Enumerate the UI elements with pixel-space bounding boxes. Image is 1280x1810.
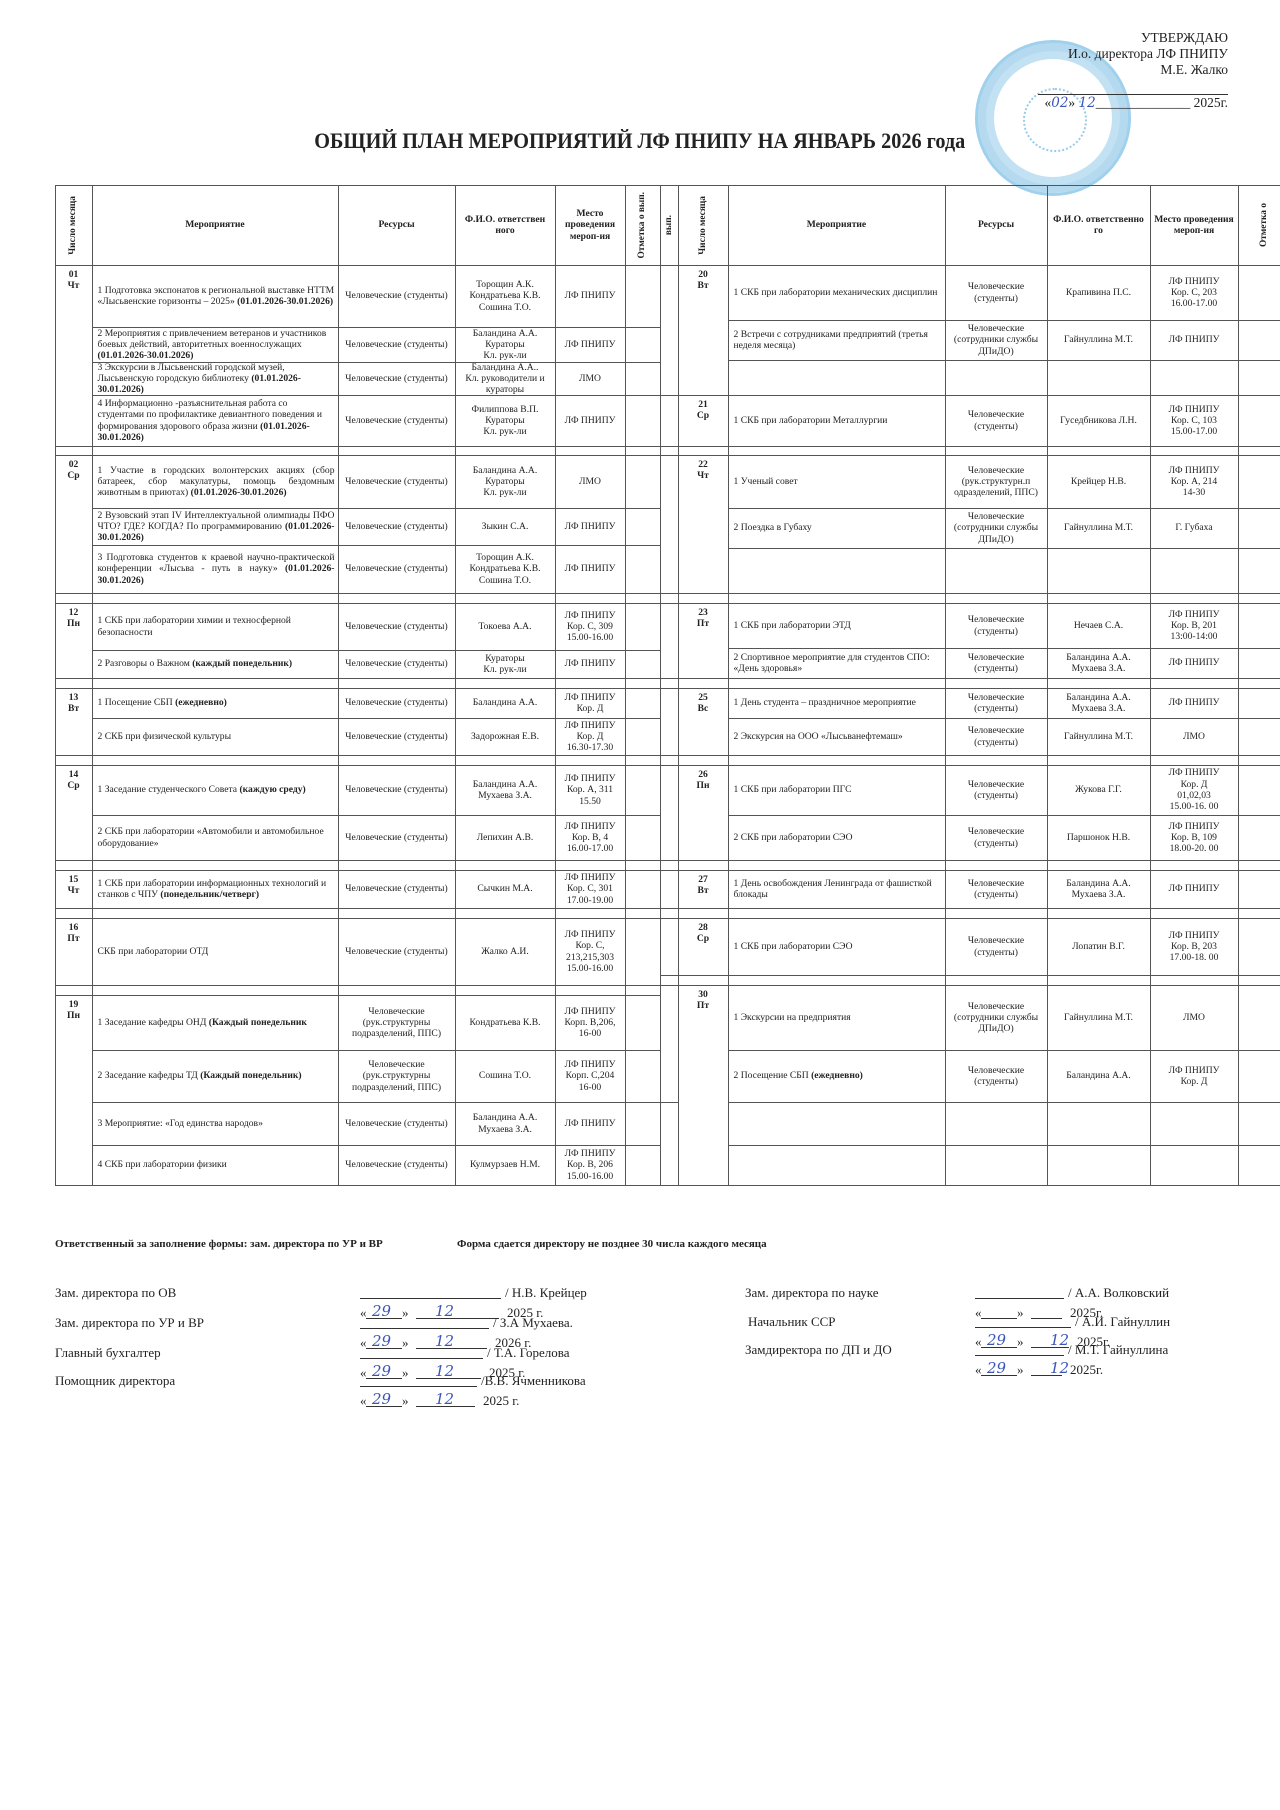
mark-cell bbox=[625, 508, 661, 546]
spacer-cell bbox=[1150, 860, 1239, 871]
spacer-cell bbox=[1150, 678, 1239, 689]
resources-cell: Человеческие (студенты) bbox=[338, 327, 456, 363]
date-cell: 14 Ср bbox=[55, 765, 93, 861]
spacer-cell bbox=[678, 678, 729, 689]
responsible-cell: Токоева А.А. bbox=[455, 603, 556, 651]
empty-cell bbox=[1238, 1102, 1280, 1146]
spacer-cell bbox=[92, 755, 339, 766]
approval-heading: УТВЕРЖДАЮ bbox=[1038, 30, 1228, 46]
place-cell: ЛФ ПНИПУ Кор. В, 206 15.00-16.00 bbox=[555, 1145, 626, 1186]
responsible-text: Баландина А.А. Мухаева З.А. bbox=[1066, 692, 1131, 715]
responsible-cell: Крапивина П.С. bbox=[1047, 265, 1151, 321]
place-text: ЛФ ПНИПУ Кор. Д bbox=[565, 692, 616, 715]
empty-cell bbox=[1238, 548, 1280, 594]
responsible-cell: Гайнуллина М.Т. bbox=[1047, 508, 1151, 549]
spacer-cell bbox=[1238, 975, 1280, 986]
date-label: 14 Ср bbox=[67, 769, 79, 792]
signature-line bbox=[975, 1327, 1071, 1328]
responsible-text: Баландина А.А. Кураторы Кл. рук-ли bbox=[473, 465, 538, 499]
place-text: ЛФ ПНИПУ bbox=[565, 339, 616, 350]
header-resources: Ресурсы bbox=[945, 185, 1048, 266]
event-text: 1 Заседание студенческого Совета bbox=[98, 784, 240, 795]
event-period: (каждую среду) bbox=[239, 784, 305, 795]
spacer-cell bbox=[55, 908, 93, 919]
empty-cell bbox=[945, 1145, 1048, 1186]
responsible-cell: Баландина А.А. bbox=[455, 688, 556, 719]
responsible-text: Баландина А.А. Мухаева З.А. bbox=[1066, 878, 1131, 901]
empty-cell bbox=[1047, 360, 1151, 396]
date-label: 13 Вт bbox=[68, 692, 79, 715]
empty-cell bbox=[1150, 1102, 1239, 1146]
responsible-cell: Баландина А.А.. Кл. руководители и курат… bbox=[455, 362, 556, 396]
approval-year: 2025 bbox=[1194, 95, 1221, 110]
empty-cell bbox=[728, 548, 946, 594]
event-title: 3 Подготовка студентов к краевой научно-… bbox=[98, 552, 335, 586]
empty-cell bbox=[1238, 1145, 1280, 1186]
resources-text: Человеческие (студенты) bbox=[949, 652, 1044, 675]
responsible-text: Торощин А.К. Кондратьева К.В. Сошина Т.О… bbox=[469, 279, 540, 313]
place-cell: ЛФ ПНИПУ Кор. Д 01,02,03 15.00-16. 00 bbox=[1150, 765, 1239, 816]
mark-cell bbox=[625, 327, 661, 363]
event-text: 1 Ученый совет bbox=[734, 476, 798, 487]
event-title: 1 СКБ при лаборатории ПГС bbox=[734, 784, 852, 795]
event-title: 1 СКБ при лаборатории информационных тех… bbox=[98, 878, 335, 901]
event-title: 1 День освобождения Ленинграда от фашист… bbox=[734, 878, 942, 901]
approval-position: И.о. директора ЛФ ПНИПУ bbox=[1038, 46, 1228, 62]
spacer-cell bbox=[55, 860, 93, 871]
responsible-text: Крейцер Н.В. bbox=[1071, 476, 1126, 487]
date-cell: 25 Вс bbox=[678, 688, 729, 756]
place-text: ЛФ ПНИПУ bbox=[565, 415, 616, 426]
date-label: 20 Вт bbox=[697, 269, 708, 292]
spacer-cell bbox=[660, 755, 679, 766]
event-title: 1 День студента – праздничное мероприяти… bbox=[734, 697, 916, 708]
signature-name: / М.Т. Гайнуллина bbox=[1068, 1342, 1168, 1358]
event-text: 2 Мероприятия с привлечением ветеранов и… bbox=[98, 328, 327, 350]
mark-cell bbox=[625, 362, 661, 396]
mark-cell bbox=[1238, 688, 1280, 719]
event-period: (01.01.2026-30.01.2026) bbox=[237, 296, 333, 307]
signature-role: Начальник ССР bbox=[748, 1314, 836, 1330]
event-title: 4 СКБ при лаборатории физики bbox=[98, 1159, 227, 1170]
date-cell: 26 Пн bbox=[678, 765, 729, 861]
resources-cell: Человеческие (студенты) bbox=[945, 765, 1048, 816]
place-cell: ЛМО bbox=[555, 455, 626, 509]
page-title-text: ОБЩИЙ ПЛАН МЕРОПРИЯТИЙ ЛФ ПНИПУ НА ЯНВАР… bbox=[315, 128, 966, 154]
signature-line bbox=[975, 1355, 1064, 1356]
resources-cell: Человеческие (студенты) bbox=[945, 918, 1048, 976]
resources-text: Человеческие (студенты) bbox=[949, 614, 1044, 637]
signature-month: 12 bbox=[1050, 1359, 1069, 1377]
event-title: 2 Спортивное мероприятие для студентов С… bbox=[734, 652, 942, 675]
resources-cell: Человеческие (студенты) bbox=[945, 718, 1048, 756]
event-cell: 1 СКБ при лаборатории ПГС bbox=[728, 765, 946, 816]
footer-note: Ответственный за заполнение формы: зам. … bbox=[55, 1238, 383, 1250]
event-title: 1 Подготовка экспонатов к региональной в… bbox=[98, 285, 335, 308]
responsible-cell: Паршонок Н.В. bbox=[1047, 815, 1151, 861]
spacer-cell bbox=[338, 678, 456, 689]
event-cell: 1 Экскурсии на предприятия bbox=[728, 985, 946, 1051]
resources-cell: Человеческие (студенты) bbox=[338, 718, 456, 756]
place-cell: ЛФ ПНИПУ bbox=[1150, 870, 1239, 909]
spacer-cell bbox=[555, 985, 626, 996]
resources-cell: Человеческие (рук.структурны подразделен… bbox=[338, 1050, 456, 1103]
mark-cell bbox=[1238, 265, 1280, 321]
signature-line bbox=[360, 1386, 477, 1387]
responsible-text: Лепихин А.В. bbox=[477, 832, 534, 843]
place-cell: ЛФ ПНИПУ Корп. С,204 16-00 bbox=[555, 1050, 626, 1103]
header-mark-tail-text: вып. bbox=[664, 215, 675, 235]
spacer-cell bbox=[1047, 446, 1151, 456]
event-cell: 1 Подготовка экспонатов к региональной в… bbox=[92, 265, 339, 328]
place-cell: ЛФ ПНИПУ Кор. А, 214 14-30 bbox=[1150, 455, 1239, 509]
resources-text: Человеческие (студенты) bbox=[345, 946, 447, 957]
responsible-text: Гайнуллина М.Т. bbox=[1064, 731, 1133, 742]
header-event-text: Мероприятие bbox=[807, 219, 866, 230]
spacer-cell bbox=[945, 593, 1048, 604]
responsible-text: Баландина А.А. bbox=[473, 697, 538, 708]
event-text: 1 СКБ при лаборатории химии и техносферн… bbox=[98, 615, 291, 637]
signature-month: 12 bbox=[435, 1332, 454, 1350]
date-label: 01 Чт bbox=[68, 269, 80, 292]
event-cell: 3 Мероприятие: «Год единства народов» bbox=[92, 1102, 339, 1146]
date-cell: 27 Вт bbox=[678, 870, 729, 909]
event-cell: 2 Посещение СБП (ежедневно) bbox=[728, 1050, 946, 1103]
responsible-cell: Торощин А.К. Кондратьева К.В. Сошина Т.О… bbox=[455, 545, 556, 594]
spacer-cell bbox=[728, 975, 946, 986]
event-title: 1 Заседание студенческого Совета (каждую… bbox=[98, 784, 306, 795]
event-cell: 2 СКБ при физической культуры bbox=[92, 718, 339, 756]
event-text: 2 Заседание кафедры ТД bbox=[98, 1070, 201, 1081]
approval-day: 02 bbox=[1051, 95, 1068, 111]
spacer-cell bbox=[660, 975, 679, 986]
responsible-text: Задорожная Е.В. bbox=[471, 731, 539, 742]
responsible-cell: Баландина А.А. Мухаева З.А. bbox=[1047, 688, 1151, 719]
empty-cell bbox=[1238, 360, 1280, 396]
spacer-cell bbox=[625, 678, 661, 689]
resources-text: Человеческие (студенты) bbox=[949, 692, 1044, 715]
event-period: (Каждый понедельник bbox=[209, 1017, 307, 1028]
responsible-text: Баландина А.А.. Кл. руководители и курат… bbox=[459, 362, 552, 396]
spacer-cell bbox=[1047, 860, 1151, 871]
resources-cell: Человеческие (студенты) bbox=[945, 815, 1048, 861]
signature-name: / А.И. Гайнуллин bbox=[1075, 1314, 1170, 1330]
event-cell: 2 Спортивное мероприятие для студентов С… bbox=[728, 648, 946, 679]
signature-day: 29 bbox=[372, 1302, 391, 1320]
resources-text: Человеческие (студенты) bbox=[345, 832, 447, 843]
event-cell: 1 СКБ при лаборатории ЭТД bbox=[728, 603, 946, 649]
date-label: 12 Пн bbox=[67, 607, 80, 630]
signature-name: /В.В. Ячменникова bbox=[481, 1373, 586, 1389]
resources-text: Человеческие (студенты) bbox=[345, 621, 447, 632]
event-text: 2 Встречи с сотрудниками предприятий (тр… bbox=[734, 329, 928, 351]
date-quote-close: » bbox=[1017, 1334, 1024, 1350]
resources-cell: Человеческие (студенты) bbox=[338, 870, 456, 909]
event-cell: 2 Разговоры о Важном (каждый понедельник… bbox=[92, 650, 339, 679]
mark-cell bbox=[625, 1102, 661, 1146]
header-responsible: Ф.И.О. ответствен ного bbox=[455, 185, 556, 266]
footer-note-responsible: Ответственный за заполнение формы: зам. … bbox=[55, 1238, 383, 1250]
date-month-line bbox=[416, 1318, 499, 1319]
place-cell: ЛФ ПНИПУ Кор. В, 203 17.00-18. 00 bbox=[1150, 918, 1239, 976]
empty-cell bbox=[945, 360, 1048, 396]
place-cell: ЛФ ПНИПУ Кор. В, 201 13:00-14:00 bbox=[1150, 603, 1239, 649]
resources-cell: Человеческие (студенты) bbox=[338, 918, 456, 986]
signature-role: Зам. директора по УР и ВР bbox=[55, 1315, 204, 1331]
resources-cell: Человеческие (студенты) bbox=[945, 265, 1048, 321]
spacer-cell bbox=[55, 678, 93, 689]
spacer-cell bbox=[455, 860, 556, 871]
resources-cell: Человеческие (сотрудники службы ДПиДО) bbox=[945, 985, 1048, 1051]
event-period: (ежедневно) bbox=[811, 1070, 863, 1081]
place-text: Г. Губаха bbox=[1175, 522, 1212, 533]
event-text: 2 Поездка в Губаху bbox=[734, 522, 812, 533]
responsible-cell: Крейцер Н.В. bbox=[1047, 455, 1151, 509]
spacer-cell bbox=[1150, 755, 1239, 766]
event-cell: 3 Экскурсии в Лысьвенский городской музе… bbox=[92, 362, 339, 396]
date-cell: 28 Ср bbox=[678, 918, 729, 976]
event-cell: 3 Подготовка студентов к краевой научно-… bbox=[92, 545, 339, 594]
resources-text: Человеческие (студенты) bbox=[949, 878, 1044, 901]
date-quote-close: » bbox=[402, 1365, 409, 1381]
event-cell: СКБ при лаборатории ОТД bbox=[92, 918, 339, 986]
spacer-cell bbox=[728, 755, 946, 766]
date-cell: 01 Чт bbox=[55, 265, 93, 447]
event-period: (Каждый понедельник) bbox=[200, 1070, 301, 1081]
resources-text: Человеческие (студенты) bbox=[949, 409, 1044, 432]
place-cell: ЛФ ПНИПУ Кор. В, 109 18.00-20. 00 bbox=[1150, 815, 1239, 861]
header-date: Число месяца bbox=[678, 185, 729, 266]
responsible-cell: Зыкин С.А. bbox=[455, 508, 556, 546]
signature-name: / Т.А. Горелова bbox=[487, 1345, 570, 1361]
place-cell: ЛФ ПНИПУ bbox=[555, 327, 626, 363]
mark-cell bbox=[625, 265, 661, 328]
responsible-text: Баландина А.А. Мухаева З.А. bbox=[1066, 652, 1131, 675]
approval-month: 12 bbox=[1079, 95, 1096, 111]
event-cell: 1 Участие в городских волонтерских акция… bbox=[92, 455, 339, 509]
responsible-text: Гайнуллина М.Т. bbox=[1064, 334, 1133, 345]
event-period: (понедельник/четверг) bbox=[160, 889, 259, 900]
place-text: ЛФ ПНИПУ Кор. А, 311 15.50 bbox=[565, 773, 616, 807]
event-cell: 1 Заседание студенческого Совета (каждую… bbox=[92, 765, 339, 816]
responsible-cell: Лепихин А.В. bbox=[455, 815, 556, 861]
date-cell: 19 Пн bbox=[55, 995, 93, 1186]
spacer-cell bbox=[92, 860, 339, 871]
spacer-cell bbox=[625, 860, 661, 871]
event-text: 2 Спортивное мероприятие для студентов С… bbox=[734, 652, 930, 674]
event-text: 2 СКБ при физической культуры bbox=[98, 731, 232, 742]
resources-cell: Человеческие (студенты) bbox=[338, 603, 456, 651]
resources-text: Человеческие (студенты) bbox=[949, 1065, 1044, 1088]
spacer-cell bbox=[945, 860, 1048, 871]
place-text: ЛФ ПНИПУ Кор. С, 103 15.00-17.00 bbox=[1169, 404, 1220, 438]
header-responsible-text: Ф.И.О. ответствен ного bbox=[459, 214, 552, 237]
place-text: ЛФ ПНИПУ bbox=[1169, 883, 1220, 894]
spacer-cell bbox=[55, 446, 93, 456]
responsible-text: Филиппова В.П. Кураторы Кл. рук-ли bbox=[472, 404, 539, 438]
spacer-cell bbox=[338, 908, 456, 919]
spacer-cell bbox=[555, 446, 626, 456]
resources-text: Человеческие (рук.структурн.п одразделен… bbox=[949, 465, 1044, 499]
date-label: 19 Пн bbox=[67, 999, 80, 1022]
event-text: 1 СКБ при лаборатории ПГС bbox=[734, 784, 852, 795]
event-title: 1 СКБ при лаборатории СЭО bbox=[734, 941, 853, 952]
mark-cell bbox=[625, 395, 661, 447]
responsible-text: Зыкин С.А. bbox=[482, 521, 529, 532]
spacer-cell bbox=[678, 755, 729, 766]
mark-cell bbox=[1238, 985, 1280, 1051]
resources-text: Человеческие (студенты) bbox=[345, 476, 447, 487]
mark-cell bbox=[625, 1050, 661, 1103]
place-text: ЛМО bbox=[579, 373, 601, 384]
place-text: ЛФ ПНИПУ Кор. В, 109 18.00-20. 00 bbox=[1169, 821, 1220, 855]
resources-text: Человеческие (сотрудники службы ДПиДО) bbox=[949, 1001, 1044, 1035]
resources-cell: Человеческие (сотрудники службы ДПиДО) bbox=[945, 508, 1048, 549]
responsible-text: Жукова Г.Г. bbox=[1075, 784, 1122, 795]
event-cell: 1 СКБ при лаборатории механических дисци… bbox=[728, 265, 946, 321]
event-cell: 1 СКБ при лаборатории информационных тех… bbox=[92, 870, 339, 909]
signature-role: Замдиректора по ДП и ДО bbox=[745, 1342, 892, 1358]
signature-year: 2025г. bbox=[1070, 1362, 1103, 1378]
header-date-text: Число месяца bbox=[68, 196, 79, 255]
event-title: 1 Экскурсии на предприятия bbox=[734, 1012, 851, 1023]
event-title: 3 Мероприятие: «Год единства народов» bbox=[98, 1118, 263, 1129]
empty-cell bbox=[1047, 1145, 1151, 1186]
event-title: 2 Посещение СБП (ежедневно) bbox=[734, 1070, 863, 1081]
resources-text: Человеческие (сотрудники службы ДПиДО) bbox=[949, 323, 1044, 357]
resources-cell: Человеческие (студенты) bbox=[338, 688, 456, 719]
resources-text: Человеческие (студенты) bbox=[345, 1159, 447, 1170]
date-label: 26 Пн bbox=[697, 769, 710, 792]
empty-cell bbox=[1047, 1102, 1151, 1146]
header-mark-text: Отметка о bbox=[1259, 203, 1270, 247]
signature-line bbox=[360, 1298, 501, 1299]
event-text: 1 Экскурсии на предприятия bbox=[734, 1012, 851, 1023]
responsible-cell: Кураторы Кл. рук-ли bbox=[455, 650, 556, 679]
event-text: 1 СКБ при лаборатории механических дисци… bbox=[734, 287, 938, 298]
responsible-cell: Баландина А.А. Мухаева З.А. bbox=[1047, 648, 1151, 679]
event-period: (ежедневно) bbox=[175, 697, 227, 708]
event-cell: 2 Мероприятия с привлечением ветеранов и… bbox=[92, 327, 339, 363]
empty-cell bbox=[728, 360, 946, 396]
mark-cell bbox=[1238, 870, 1280, 909]
place-cell: ЛФ ПНИПУ bbox=[1150, 648, 1239, 679]
event-title: 1 Ученый совет bbox=[734, 476, 798, 487]
resources-cell: Человеческие (студенты) bbox=[945, 870, 1048, 909]
event-cell: 2 Заседание кафедры ТД (Каждый понедельн… bbox=[92, 1050, 339, 1103]
mark-cell bbox=[625, 545, 661, 594]
spacer-cell bbox=[555, 755, 626, 766]
resources-cell: Человеческие (студенты) bbox=[338, 1145, 456, 1186]
responsible-cell: Гайнуллина М.Т. bbox=[1047, 985, 1151, 1051]
signature-day: 29 bbox=[372, 1332, 391, 1350]
event-cell: 2 Поездка в Губаху bbox=[728, 508, 946, 549]
spacer-cell bbox=[945, 446, 1048, 456]
responsible-text: Баландина А.А. bbox=[1066, 1070, 1131, 1081]
place-text: ЛМО bbox=[1183, 1012, 1205, 1023]
resources-cell: Человеческие (студенты) bbox=[945, 603, 1048, 649]
event-text: 1 Заседание кафедры ОНД bbox=[98, 1017, 209, 1028]
mark-tail-cell bbox=[660, 265, 679, 396]
mark-tail-cell bbox=[660, 765, 679, 861]
spacer-cell bbox=[55, 593, 93, 604]
place-text: ЛФ ПНИПУ Корп. В,206, 16-00 bbox=[564, 1006, 615, 1040]
event-text: 1 СКБ при лаборатории Металлургии bbox=[734, 415, 888, 426]
header-date-text: Число месяца bbox=[698, 196, 709, 255]
place-cell: ЛФ ПНИПУ Кор. В, 4 16.00-17.00 bbox=[555, 815, 626, 861]
spacer-cell bbox=[92, 985, 339, 996]
mark-cell bbox=[625, 765, 661, 816]
event-title: 1 Заседание кафедры ОНД (Каждый понедель… bbox=[98, 1017, 307, 1028]
spacer-cell bbox=[945, 755, 1048, 766]
signature-role: Помощник директора bbox=[55, 1373, 175, 1389]
responsible-text: Гайнуллина М.Т. bbox=[1064, 1012, 1133, 1023]
signature-role: Главный бухгалтер bbox=[55, 1345, 161, 1361]
responsible-text: Жалко А.И. bbox=[481, 946, 529, 957]
signature-line bbox=[975, 1298, 1064, 1299]
event-cell: 2 Вузовский этап IV Интеллектуальной оли… bbox=[92, 508, 339, 546]
resources-text: Человеческие (студенты) bbox=[345, 883, 447, 894]
place-text: ЛФ ПНИПУ Кор. Д bbox=[1169, 1065, 1220, 1088]
event-cell: 4 СКБ при лаборатории физики bbox=[92, 1145, 339, 1186]
date-quote-close: » bbox=[1017, 1362, 1024, 1378]
event-text: 2 СКБ при лаборатории «Автомобили и авто… bbox=[98, 826, 324, 848]
resources-cell: Человеческие (студенты) bbox=[338, 455, 456, 509]
page-title: ОБЩИЙ ПЛАН МЕРОПРИЯТИЙ ЛФ ПНИПУ НА ЯНВАР… bbox=[0, 128, 1280, 154]
mark-cell bbox=[625, 455, 661, 509]
spacer-cell bbox=[55, 985, 93, 996]
mark-cell bbox=[1238, 718, 1280, 756]
spacer-cell bbox=[92, 678, 339, 689]
mark-tail-cell bbox=[660, 1102, 679, 1186]
place-cell: ЛФ ПНИПУ Кор. Д 16.30-17.30 bbox=[555, 718, 626, 756]
header-responsible-text: Ф.И.О. ответственно го bbox=[1051, 214, 1147, 237]
date-cell: 15 Чт bbox=[55, 870, 93, 909]
spacer-cell bbox=[455, 678, 556, 689]
event-title: 1 Участие в городских волонтерских акция… bbox=[98, 465, 335, 499]
spacer-cell bbox=[555, 593, 626, 604]
spacer-cell bbox=[1238, 908, 1280, 919]
signature-year: 2025 г. bbox=[483, 1393, 519, 1409]
place-cell: ЛФ ПНИПУ bbox=[555, 1102, 626, 1146]
spacer-cell bbox=[92, 908, 339, 919]
responsible-text: Баландина А.А. Мухаева З.А. bbox=[473, 779, 538, 802]
responsible-text: Кондратьева К.В. bbox=[469, 1017, 540, 1028]
header-event: Мероприятие bbox=[728, 185, 946, 266]
responsible-text: Сычкин М.А. bbox=[477, 883, 532, 894]
spacer-cell bbox=[555, 678, 626, 689]
place-cell: ЛФ ПНИПУ bbox=[1150, 688, 1239, 719]
place-cell: ЛФ ПНИПУ Кор. С, 203 16.00-17.00 bbox=[1150, 265, 1239, 321]
event-title: 1 СКБ при лаборатории ЭТД bbox=[734, 620, 851, 631]
header-resources: Ресурсы bbox=[338, 185, 456, 266]
place-cell: ЛФ ПНИПУ Кор. С, 213,215,303 15.00-16.00 bbox=[555, 918, 626, 986]
resources-cell: Человеческие (студенты) bbox=[338, 650, 456, 679]
empty-cell bbox=[1150, 548, 1239, 594]
date-quote-close: » bbox=[402, 1305, 409, 1321]
place-text: ЛФ ПНИПУ bbox=[565, 521, 616, 532]
spacer-cell bbox=[945, 908, 1048, 919]
responsible-text: Торощин А.К. Кондратьева К.В. Сошина Т.О… bbox=[469, 552, 540, 586]
responsible-cell: Гуседбникова Л.Н. bbox=[1047, 395, 1151, 447]
date-label: 22 Чт bbox=[697, 459, 709, 482]
spacer-cell bbox=[1150, 908, 1239, 919]
event-title: 1 Посещение СБП (ежедневно) bbox=[98, 697, 227, 708]
signature-month: 12 bbox=[435, 1302, 454, 1320]
spacer-cell bbox=[1150, 975, 1239, 986]
responsible-cell: Лопатин В.Г. bbox=[1047, 918, 1151, 976]
event-cell: 1 Посещение СБП (ежедневно) bbox=[92, 688, 339, 719]
